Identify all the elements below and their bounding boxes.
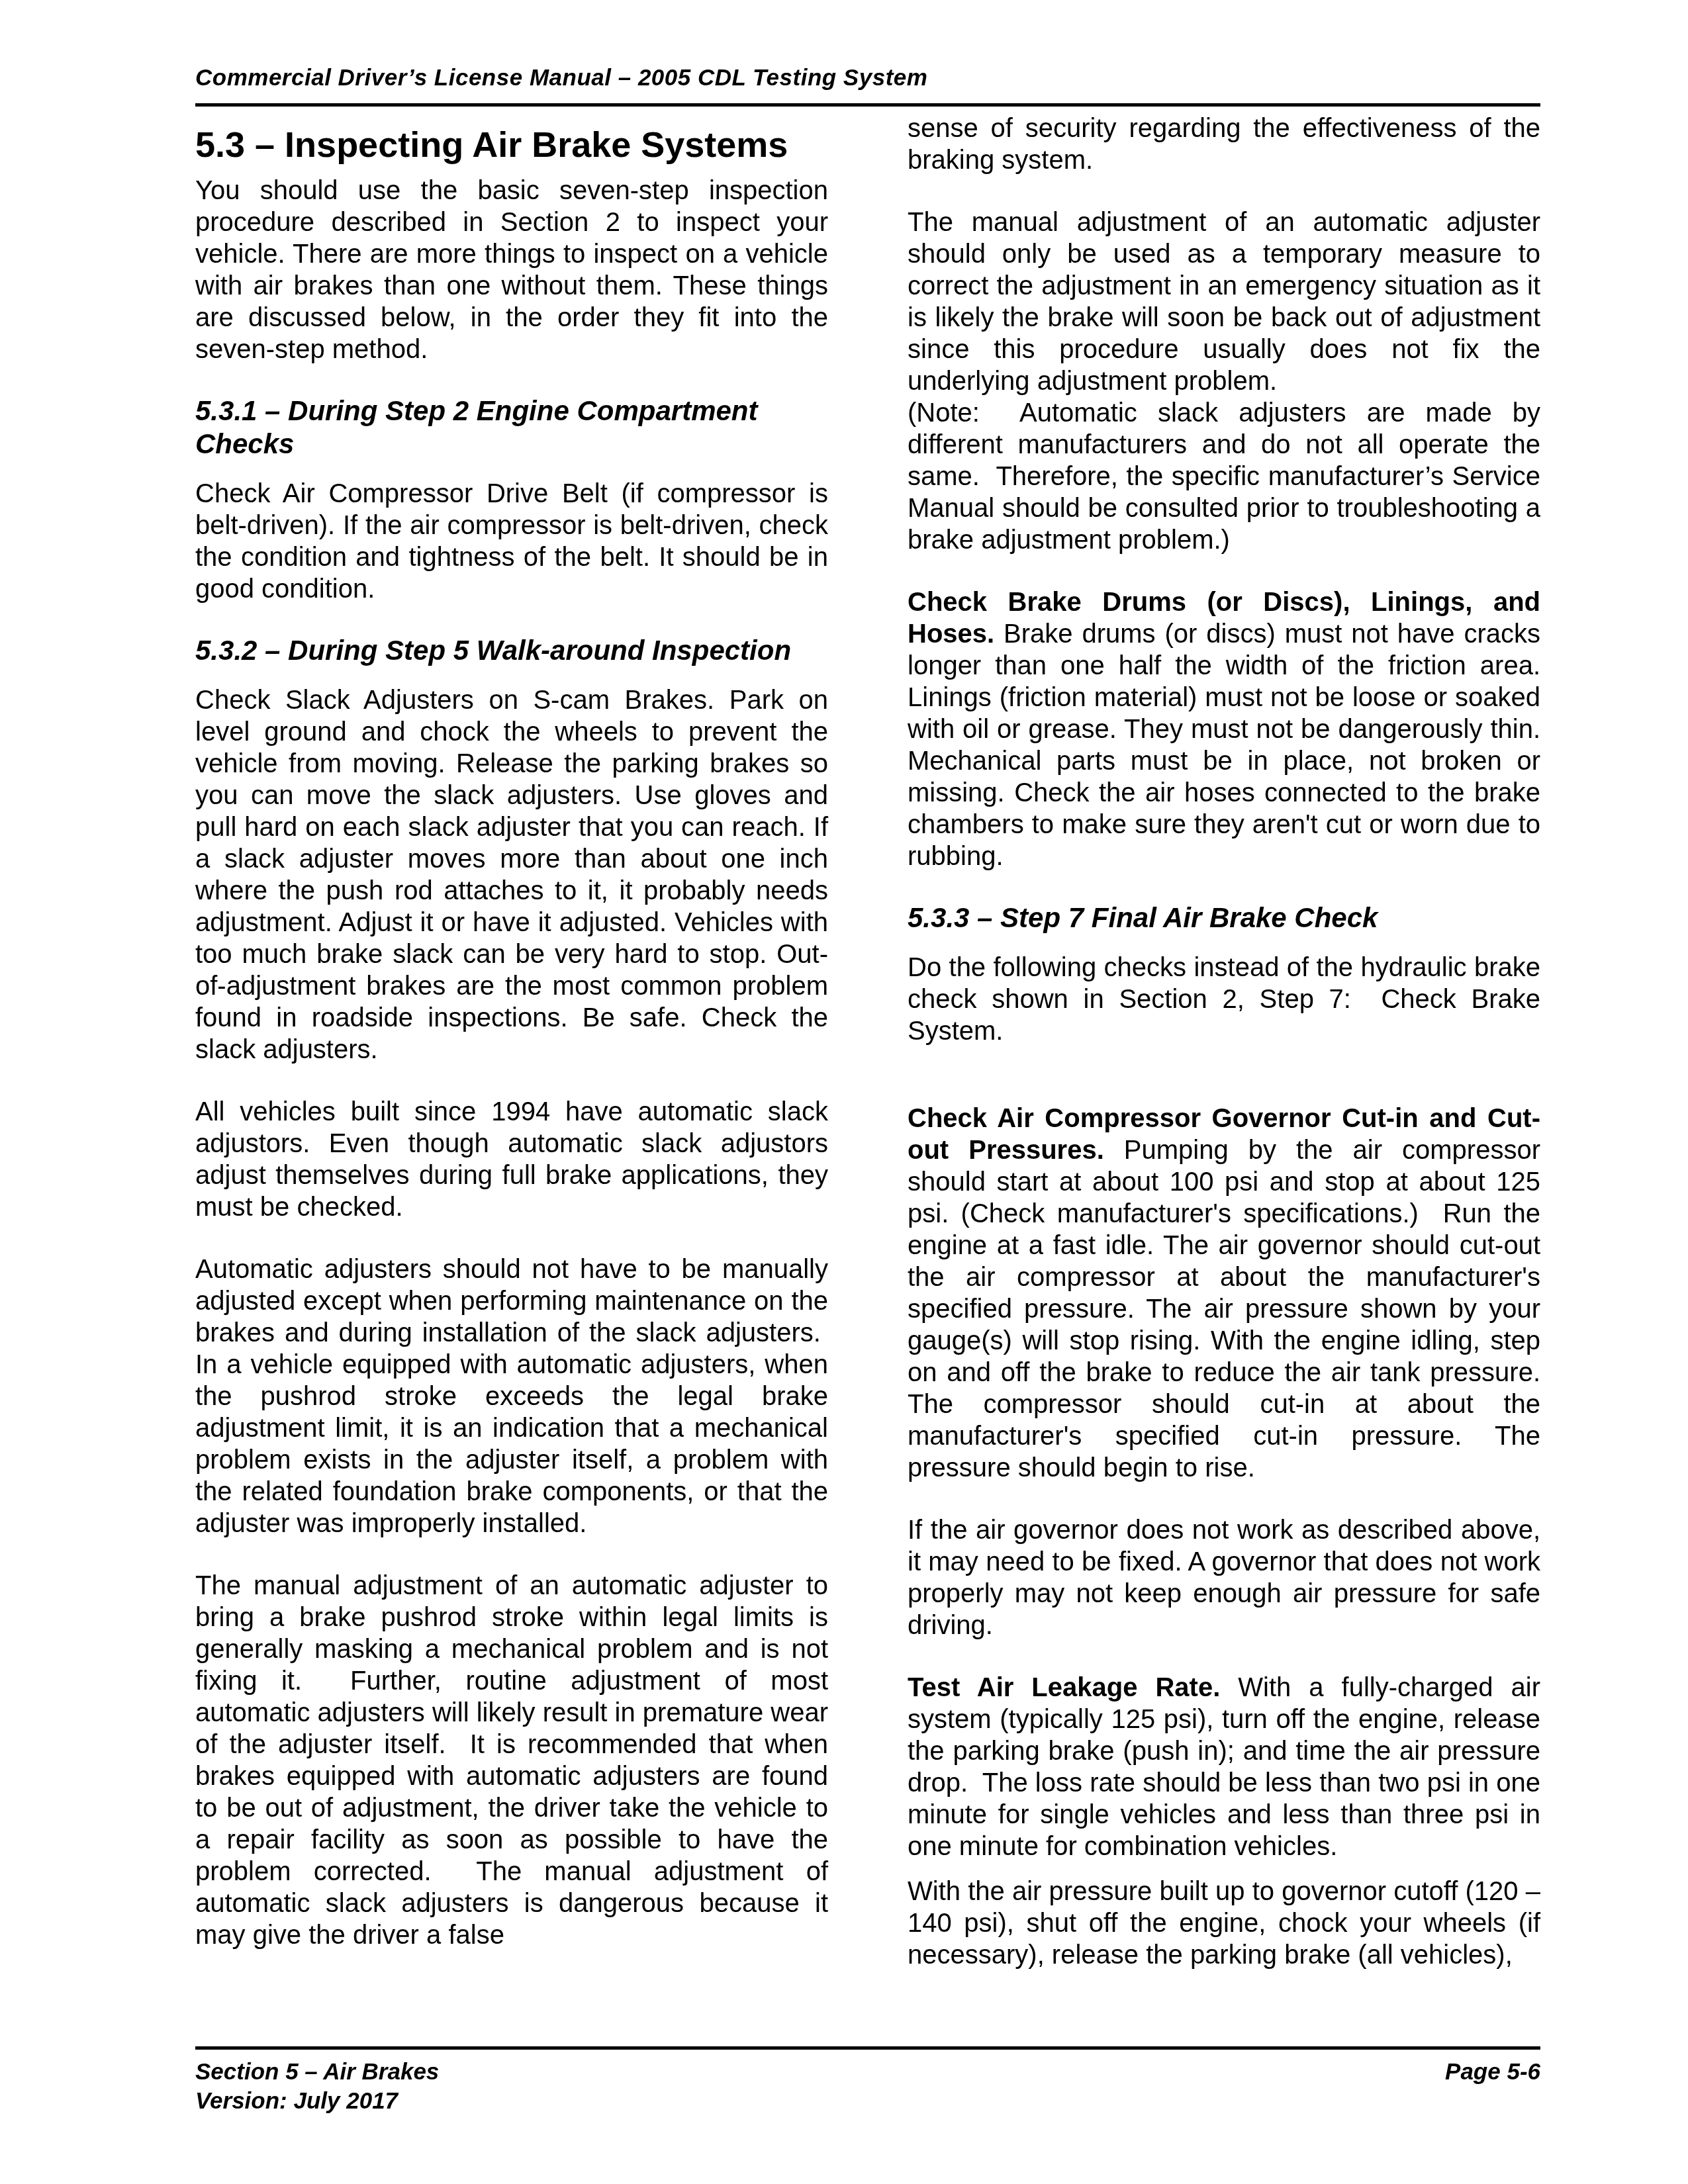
paragraph-leakage: Test Air Leakage Rate. With a fully-char… <box>908 1672 1540 1862</box>
footer-version-label: Version: July 2017 <box>195 2087 439 2116</box>
footer-left: Section 5 – Air Brakes Version: July 201… <box>195 2058 439 2116</box>
heading-532: 5.3.2 – During Step 5 Walk-around Inspec… <box>195 634 828 667</box>
paragraph-temporary-measure: The manual adjustment of an automatic ad… <box>908 206 1540 397</box>
right-column: sense of security regarding the effectiv… <box>908 113 1540 1971</box>
paragraph-note: (Note: Automatic slack adjusters are mad… <box>908 397 1540 556</box>
paragraph-governor: Check Air Compressor Governor Cut-in and… <box>908 1103 1540 1484</box>
left-column: 5.3 – Inspecting Air Brake Systems You s… <box>195 113 828 1971</box>
manual-page: Commercial Driver’s License Manual – 200… <box>0 0 1688 2184</box>
page-header: Commercial Driver’s License Manual – 200… <box>195 65 1540 107</box>
paragraph-leakage-lead: Test Air Leakage Rate. <box>908 1673 1220 1702</box>
paragraph-cutoff: With the air pressure built up to govern… <box>908 1876 1540 1971</box>
footer-section-label: Section 5 – Air Brakes <box>195 2058 439 2087</box>
paragraph-manual-adjustment: The manual adjustment of an automatic ad… <box>195 1570 828 1951</box>
section-title: 5.3 – Inspecting Air Brake Systems <box>195 124 828 165</box>
paragraph-if-governor: If the air governor does not work as des… <box>908 1514 1540 1641</box>
paragraph-governor-text: Pumping by the air compressor should sta… <box>908 1136 1540 1482</box>
heading-531: 5.3.1 – During Step 2 Engine Compartment… <box>195 394 828 461</box>
footer-page-number: Page 5-6 <box>1445 2058 1540 2087</box>
paragraph-brake-drums: Check Brake Drums (or Discs), Linings, a… <box>908 586 1540 872</box>
page-footer: Section 5 – Air Brakes Version: July 201… <box>195 2046 1540 2116</box>
paragraph-sense-of-security: sense of security regarding the effectiv… <box>908 113 1540 176</box>
heading-533: 5.3.3 – Step 7 Final Air Brake Check <box>908 901 1540 934</box>
paragraph-brake-drums-text: Brake drums (or discs) must not have cra… <box>908 619 1540 871</box>
paragraph-slack-adjusters: Check Slack Adjusters on S-cam Brakes. P… <box>195 684 828 1066</box>
paragraph-since-1994: All vehicles built since 1994 have autom… <box>195 1096 828 1223</box>
two-column-body: 5.3 – Inspecting Air Brake Systems You s… <box>195 113 1540 1971</box>
paragraph-intro: You should use the basic seven-step insp… <box>195 175 828 365</box>
paragraph-auto-adjusters: Automatic adjusters should not have to b… <box>195 1253 828 1539</box>
paragraph-drive-belt: Check Air Compressor Drive Belt (if comp… <box>195 478 828 605</box>
paragraph-do-following: Do the following checks instead of the h… <box>908 952 1540 1047</box>
header-title: Commercial Driver’s License Manual – 200… <box>195 65 927 91</box>
